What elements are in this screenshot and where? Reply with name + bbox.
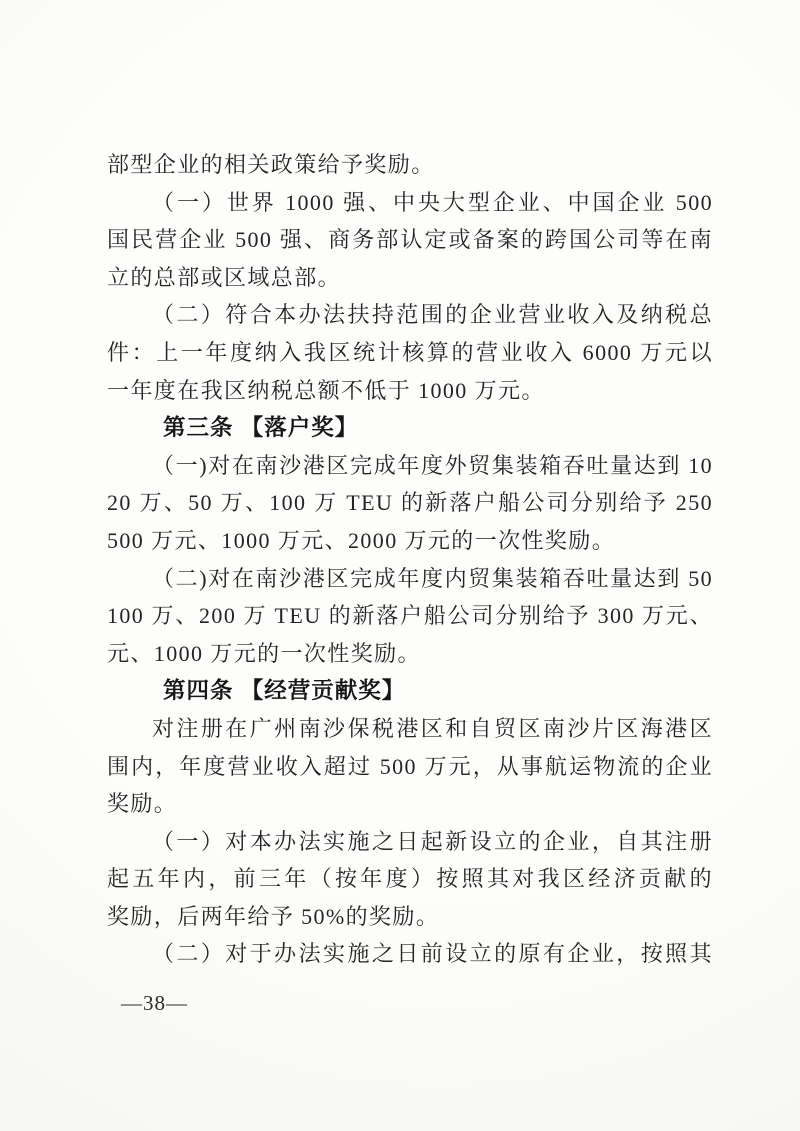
text-line: 奖励，后两年给予 50%的奖励。	[107, 898, 713, 936]
text-line: 起五年内，前三年（按年度）按照其对我区经济贡献的 95%给予	[107, 860, 713, 898]
text-line: （一）对本办法实施之日起新设立的企业，自其注册之日	[107, 823, 713, 861]
section-heading: 第三条 【落户奖】	[107, 409, 713, 447]
text-line: 国民营企业 500 强、商务部认定或备案的跨国公司等在南沙设	[107, 221, 713, 259]
document-text: 部型企业的相关政策给予奖励。（一）世界 1000 强、中央大型企业、中国企业 5…	[107, 146, 713, 973]
section-heading: 第四条 【经营贡献奖】	[107, 672, 713, 710]
text-line: 元、1000 万元的一次性奖励。	[107, 635, 713, 673]
text-line: 20 万、50 万、100 万 TEU 的新落户船公司分别给予 250 万元、	[107, 484, 713, 522]
text-line: 100 万、200 万 TEU 的新落户船公司分别给予 300 万元、600 万	[107, 597, 713, 635]
text-line: 对注册在广州南沙保税港区和自贸区南沙片区海港区块范	[107, 710, 713, 748]
text-line: 部型企业的相关政策给予奖励。	[107, 146, 713, 184]
text-line: 立的总部或区域总部。	[107, 259, 713, 297]
text-line: （一）世界 1000 强、中央大型企业、中国企业 500 强、中	[107, 184, 713, 222]
text-line: （二)对在南沙港区完成年度内贸集装箱吞吐量达到 50 万、	[107, 560, 713, 598]
text-line: （二）符合本办法扶持范围的企业营业收入及纳税总额条	[107, 296, 713, 334]
text-line: （二）对于办法实施之日前设立的原有企业，按照其对我	[107, 935, 713, 973]
text-line: （一)对在南沙港区完成年度外贸集装箱吞吐量达到 10 万、	[107, 447, 713, 485]
page-number: —38—	[121, 991, 188, 1016]
text-line: 围内，年度营业收入超过 500 万元，从事航运物流的企业给予	[107, 748, 713, 786]
document-page: 部型企业的相关政策给予奖励。（一）世界 1000 强、中央大型企业、中国企业 5…	[0, 0, 800, 1131]
text-line: 一年度在我区纳税总额不低于 1000 万元。	[107, 372, 713, 410]
text-line: 500 万元、1000 万元、2000 万元的一次性奖励。	[107, 522, 713, 560]
text-line: 奖励。	[107, 785, 713, 823]
text-line: 件：上一年度纳入我区统计核算的营业收入 6000 万元以上；上	[107, 334, 713, 372]
